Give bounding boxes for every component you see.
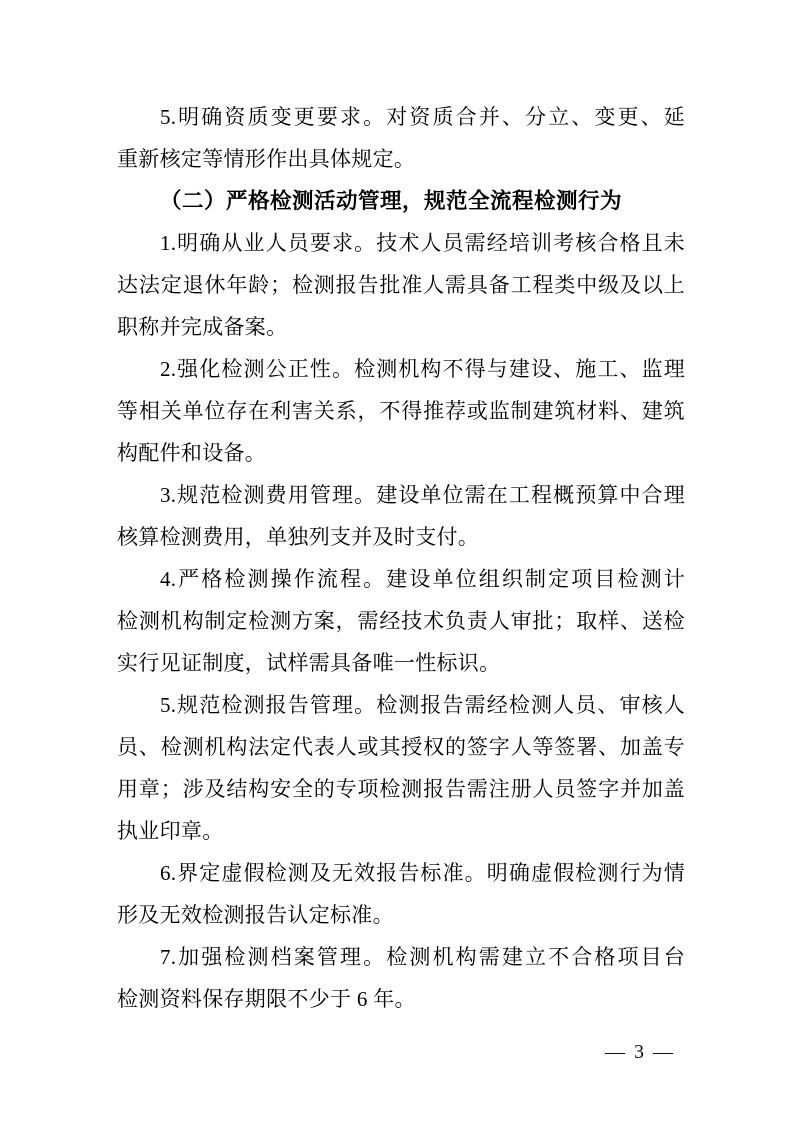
paragraph: 4.严格检测操作流程。建设单位组织制定项目检测计划；检测机构制定检测方案，需经技… [117,558,685,684]
text-line: 4.严格检测操作流程。建设单位组织制定项目检测计划； [117,558,685,600]
paragraph: 1.明确从业人员要求。技术人员需经培训考核合格且未达法定退休年龄；检测报告批准人… [117,222,685,348]
text-line: 3.规范检测费用管理。建设单位需在工程概预算中合理 [117,474,685,516]
paragraph: 5.规范检测报告管理。检测报告需经检测人员、审核人员、检测机构法定代表人或其授权… [117,684,685,852]
document-body: 5.明确资质变更要求。对资质合并、分立、变更、延续、重新核定等情形作出具体规定。… [117,96,685,1020]
text-line: 5.明确资质变更要求。对资质合并、分立、变更、延续、 [117,96,685,138]
text-line: 执业印章。 [117,810,685,852]
text-line: 7.加强检测档案管理。检测机构需建立不合格项目台账， [117,936,685,978]
paragraph: 5.明确资质变更要求。对资质合并、分立、变更、延续、重新核定等情形作出具体规定。 [117,96,685,180]
text-line: 职称并完成备案。 [117,306,685,348]
text-line: 重新核定等情形作出具体规定。 [117,138,685,180]
paragraph: 7.加强检测档案管理。检测机构需建立不合格项目台账，检测资料保存期限不少于 6 … [117,936,685,1020]
text-line: 5.规范检测报告管理。检测报告需经检测人员、审核人 [117,684,685,726]
text-line: 核算检测费用，单独列支并及时支付。 [117,516,685,558]
heading-text-line: （二）严格检测活动管理，规范全流程检测行为 [117,180,685,222]
document-page: 5.明确资质变更要求。对资质合并、分立、变更、延续、重新核定等情形作出具体规定。… [0,0,793,1122]
text-line: 检测机构制定检测方案，需经技术负责人审批；取样、送检 [117,600,685,642]
text-line: 实行见证制度，试样需具备唯一性标识。 [117,642,685,684]
paragraph: 3.规范检测费用管理。建设单位需在工程概预算中合理核算检测费用，单独列支并及时支… [117,474,685,558]
text-line: 员、检测机构法定代表人或其授权的签字人等签署、加盖专 [117,726,685,768]
section-heading: （二）严格检测活动管理，规范全流程检测行为 [117,180,685,222]
paragraph: 2.强化检测公正性。检测机构不得与建设、施工、监理等相关单位存在利害关系，不得推… [117,348,685,474]
text-line: 2.强化检测公正性。检测机构不得与建设、施工、监理 [117,348,685,390]
text-line: 等相关单位存在利害关系，不得推荐或监制建筑材料、建筑 [117,390,685,432]
text-line: 达法定退休年龄；检测报告批准人需具备工程类中级及以上 [117,264,685,306]
text-line: 6.界定虚假检测及无效报告标准。明确虚假检测行为情 [117,852,685,894]
paragraph: 6.界定虚假检测及无效报告标准。明确虚假检测行为情形及无效检测报告认定标准。 [117,852,685,936]
text-line: 1.明确从业人员要求。技术人员需经培训考核合格且未 [117,222,685,264]
page-number: — 3 — [605,1031,675,1073]
text-line: 形及无效检测报告认定标准。 [117,894,685,936]
text-line: 检测资料保存期限不少于 6 年。 [117,978,685,1020]
text-line: 构配件和设备。 [117,432,685,474]
text-line: 用章；涉及结构安全的专项检测报告需注册人员签字并加盖 [117,768,685,810]
